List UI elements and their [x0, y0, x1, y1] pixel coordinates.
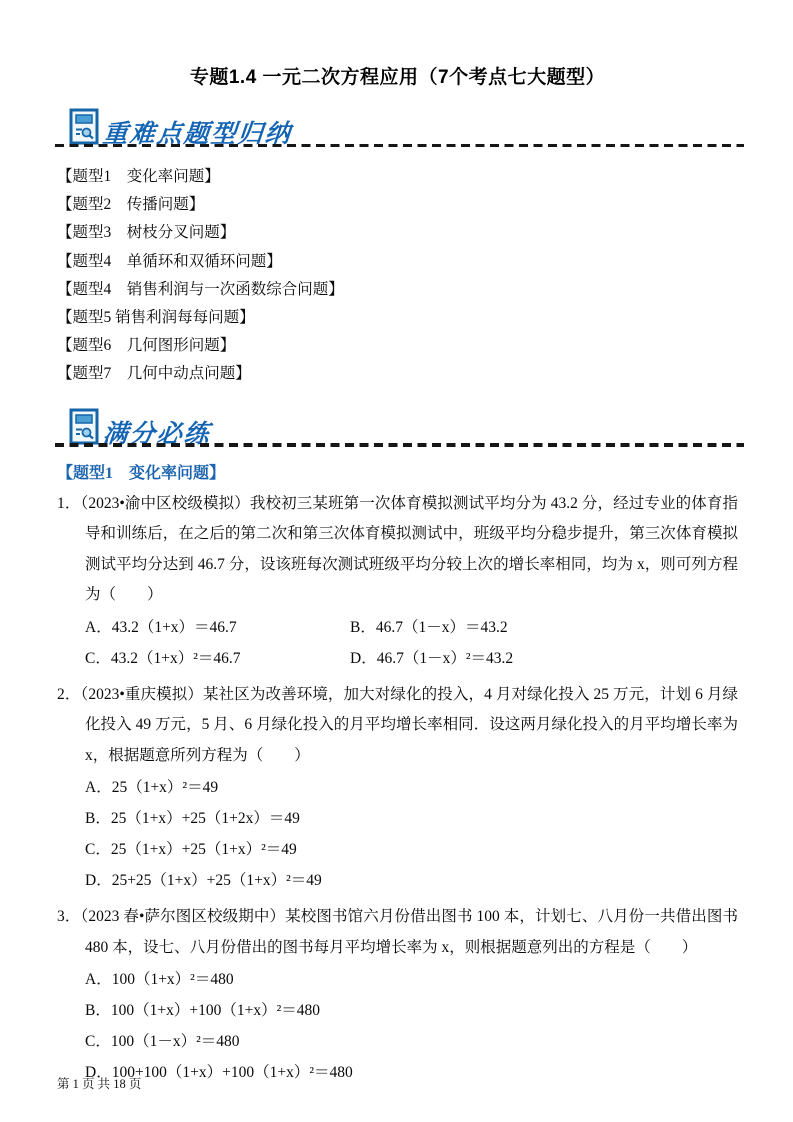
option-d: D．25+25（1+x）+25（1+x）²＝49 [57, 865, 738, 896]
dashed-divider [55, 443, 744, 446]
option-d: D．46.7（1－x）²＝43.2 [322, 643, 738, 674]
option-b: B．100（1+x）+100（1+x）²＝480 [57, 995, 738, 1026]
option-c: C．25（1+x）+25（1+x）²＝49 [57, 834, 738, 865]
topic-item-7: 【题型6 几何图形问题】 [57, 332, 738, 360]
option-a: A．43.2（1+x）＝46.7 [57, 612, 322, 643]
section-header-practice: 满分必练 [57, 409, 738, 447]
section-header-summary: 重难点题型归纳 [57, 109, 738, 147]
document-search-icon [69, 408, 99, 445]
topic-item-2: 【题型2 传播问题】 [57, 191, 738, 219]
topic-item-5: 【题型4 销售利润与一次函数综合问题】 [57, 276, 738, 304]
document-search-icon [69, 108, 99, 145]
question-1-options: A．43.2（1+x）＝46.7 B．46.7（1－x）＝43.2 C．43.2… [57, 612, 738, 674]
dashed-divider [55, 144, 744, 147]
question-2: 2．（2023•重庆模拟）某社区为改善环境，加大对绿化的投入，4 月对绿化投入 … [57, 680, 738, 897]
topic-item-4: 【题型4 单循环和双循环问题】 [57, 248, 738, 276]
document-page: 专题1.4 一元二次方程应用（7个考点七大题型） 重难点题型归纳 【题型1 变化… [0, 0, 793, 1122]
question-3: 3．（2023 春•萨尔图区校级期中）某校图书馆六月份借出图书 100 本，计划… [57, 902, 738, 1088]
page-number: 第 1 页 共 18 页 [57, 1074, 141, 1092]
question-2-options: A．25（1+x）²＝49 B．25（1+x）+25（1+2x）＝49 C．25… [57, 772, 738, 896]
question-3-options: A．100（1+x）²＝480 B．100（1+x）+100（1+x）²＝480… [57, 964, 738, 1088]
question-2-text: 2．（2023•重庆模拟）某社区为改善环境，加大对绿化的投入，4 月对绿化投入 … [57, 680, 738, 772]
topic-item-6: 【题型5 销售利润每每问题】 [57, 304, 738, 332]
option-a: A．25（1+x）²＝49 [57, 772, 738, 803]
problem-type-heading: 【题型1 变化率问题】 [57, 460, 738, 483]
option-b: B．25（1+x）+25（1+2x）＝49 [57, 803, 738, 834]
topic-item-8: 【题型7 几何中动点问题】 [57, 360, 738, 388]
option-b: B．46.7（1－x）＝43.2 [322, 612, 738, 643]
option-d: D．100+100（1+x）+100（1+x）²＝480 [57, 1057, 738, 1088]
topic-item-1: 【题型1 变化率问题】 [57, 163, 738, 191]
topic-item-3: 【题型3 树枝分叉问题】 [57, 219, 738, 247]
topic-list: 【题型1 变化率问题】 【题型2 传播问题】 【题型3 树枝分叉问题】 【题型4… [57, 163, 738, 389]
question-3-text: 3．（2023 春•萨尔图区校级期中）某校图书馆六月份借出图书 100 本，计划… [57, 902, 738, 963]
question-1-text: 1．（2023•渝中区校级模拟）我校初三某班第一次体育模拟测试平均分为 43.2… [57, 489, 738, 611]
option-c: C．100（1－x）²＝480 [57, 1026, 738, 1057]
page-title: 专题1.4 一元二次方程应用（7个考点七大题型） [57, 62, 738, 89]
question-1: 1．（2023•渝中区校级模拟）我校初三某班第一次体育模拟测试平均分为 43.2… [57, 489, 738, 674]
option-a: A．100（1+x）²＝480 [57, 964, 738, 995]
option-c: C．43.2（1+x）²＝46.7 [57, 643, 322, 674]
